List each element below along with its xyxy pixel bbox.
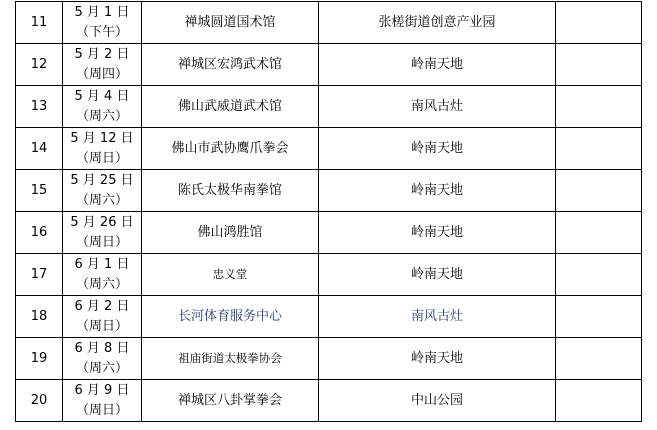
venue-cell: 佛山市武协鹰爪拳会 [142, 128, 319, 170]
date-text: 6 月 8 日 [63, 339, 141, 359]
venue-cell: 禅城区宏鸿武术馆 [142, 44, 319, 86]
note-cell [556, 296, 642, 338]
schedule-table: 11 5 月 1 日（下午） 禅城圆道国术馆 张槎街道创意产业园 12 5 月 … [15, 1, 642, 422]
row-number: 18 [16, 296, 63, 338]
location-cell: 南风古灶 [319, 296, 556, 338]
note-cell [556, 212, 642, 254]
note-cell [556, 86, 642, 128]
day-text: （周日） [63, 401, 141, 421]
date-text: 6 月 2 日 [63, 297, 141, 317]
table-row: 20 6 月 9 日（周日） 禅城区八卦掌拳会 中山公园 [16, 380, 642, 422]
date-cell: 5 月 25 日（周六） [63, 170, 142, 212]
row-number: 14 [16, 128, 63, 170]
row-number: 12 [16, 44, 63, 86]
day-text: （周日） [63, 317, 141, 337]
date-text: 5 月 1 日 [63, 3, 141, 23]
table-row: 15 5 月 25 日（周六） 陈氏太极华南拳馆 岭南天地 [16, 170, 642, 212]
location-cell: 岭南天地 [319, 170, 556, 212]
day-text: （下午） [63, 23, 141, 43]
note-cell [556, 380, 642, 422]
venue-cell: 佛山武威道武术馆 [142, 86, 319, 128]
table-row: 12 5 月 2 日（周四） 禅城区宏鸿武术馆 岭南天地 [16, 44, 642, 86]
location-cell: 岭南天地 [319, 212, 556, 254]
table-row: 16 5 月 26 日（周日） 佛山鸿胜馆 岭南天地 [16, 212, 642, 254]
table-row: 19 6 月 8 日（周六） 祖庙街道太极拳协会 岭南天地 [16, 338, 642, 380]
row-number: 15 [16, 170, 63, 212]
date-text: 5 月 4 日 [63, 87, 141, 107]
location-cell: 岭南天地 [319, 254, 556, 296]
date-cell: 6 月 1 日（周六） [63, 254, 142, 296]
location-cell: 中山公园 [319, 380, 556, 422]
date-text: 5 月 12 日 [63, 129, 141, 149]
note-cell [556, 338, 642, 380]
row-number: 17 [16, 254, 63, 296]
table-row: 11 5 月 1 日（下午） 禅城圆道国术馆 张槎街道创意产业园 [16, 2, 642, 44]
row-number: 19 [16, 338, 63, 380]
note-cell [556, 254, 642, 296]
day-text: （周六） [63, 191, 141, 211]
note-cell [556, 128, 642, 170]
day-text: （周四） [63, 65, 141, 85]
venue-cell: 忠义堂 [142, 254, 319, 296]
table-row: 18 6 月 2 日（周日） 长河体育服务中心 南风古灶 [16, 296, 642, 338]
location-cell: 南风古灶 [319, 86, 556, 128]
note-cell [556, 170, 642, 212]
venue-cell: 陈氏太极华南拳馆 [142, 170, 319, 212]
date-cell: 5 月 2 日（周四） [63, 44, 142, 86]
date-cell: 6 月 8 日（周六） [63, 338, 142, 380]
location-cell: 岭南天地 [319, 128, 556, 170]
row-number: 13 [16, 86, 63, 128]
day-text: （周六） [63, 359, 141, 379]
location-cell: 岭南天地 [319, 338, 556, 380]
date-cell: 5 月 12 日（周日） [63, 128, 142, 170]
venue-cell: 禅城区八卦掌拳会 [142, 380, 319, 422]
venue-cell: 禅城圆道国术馆 [142, 2, 319, 44]
table-row: 13 5 月 4 日（周六） 佛山武威道武术馆 南风古灶 [16, 86, 642, 128]
location-cell: 张槎街道创意产业园 [319, 2, 556, 44]
note-cell [556, 44, 642, 86]
location-cell: 岭南天地 [319, 44, 556, 86]
table-row: 17 6 月 1 日（周六） 忠义堂 岭南天地 [16, 254, 642, 296]
day-text: （周日） [63, 233, 141, 253]
date-text: 5 月 25 日 [63, 171, 141, 191]
date-text: 5 月 26 日 [63, 213, 141, 233]
date-cell: 5 月 26 日（周日） [63, 212, 142, 254]
date-cell: 5 月 4 日（周六） [63, 86, 142, 128]
venue-cell: 长河体育服务中心 [142, 296, 319, 338]
venue-cell: 祖庙街道太极拳协会 [142, 338, 319, 380]
day-text: （周六） [63, 107, 141, 127]
row-number: 11 [16, 2, 63, 44]
date-cell: 6 月 2 日（周日） [63, 296, 142, 338]
date-cell: 5 月 1 日（下午） [63, 2, 142, 44]
date-cell: 6 月 9 日（周日） [63, 380, 142, 422]
row-number: 20 [16, 380, 63, 422]
table-row: 14 5 月 12 日（周日） 佛山市武协鹰爪拳会 岭南天地 [16, 128, 642, 170]
note-cell [556, 2, 642, 44]
date-text: 6 月 9 日 [63, 381, 141, 401]
venue-cell: 佛山鸿胜馆 [142, 212, 319, 254]
day-text: （周日） [63, 149, 141, 169]
day-text: （周六） [63, 275, 141, 295]
date-text: 6 月 1 日 [63, 255, 141, 275]
date-text: 5 月 2 日 [63, 45, 141, 65]
row-number: 16 [16, 212, 63, 254]
